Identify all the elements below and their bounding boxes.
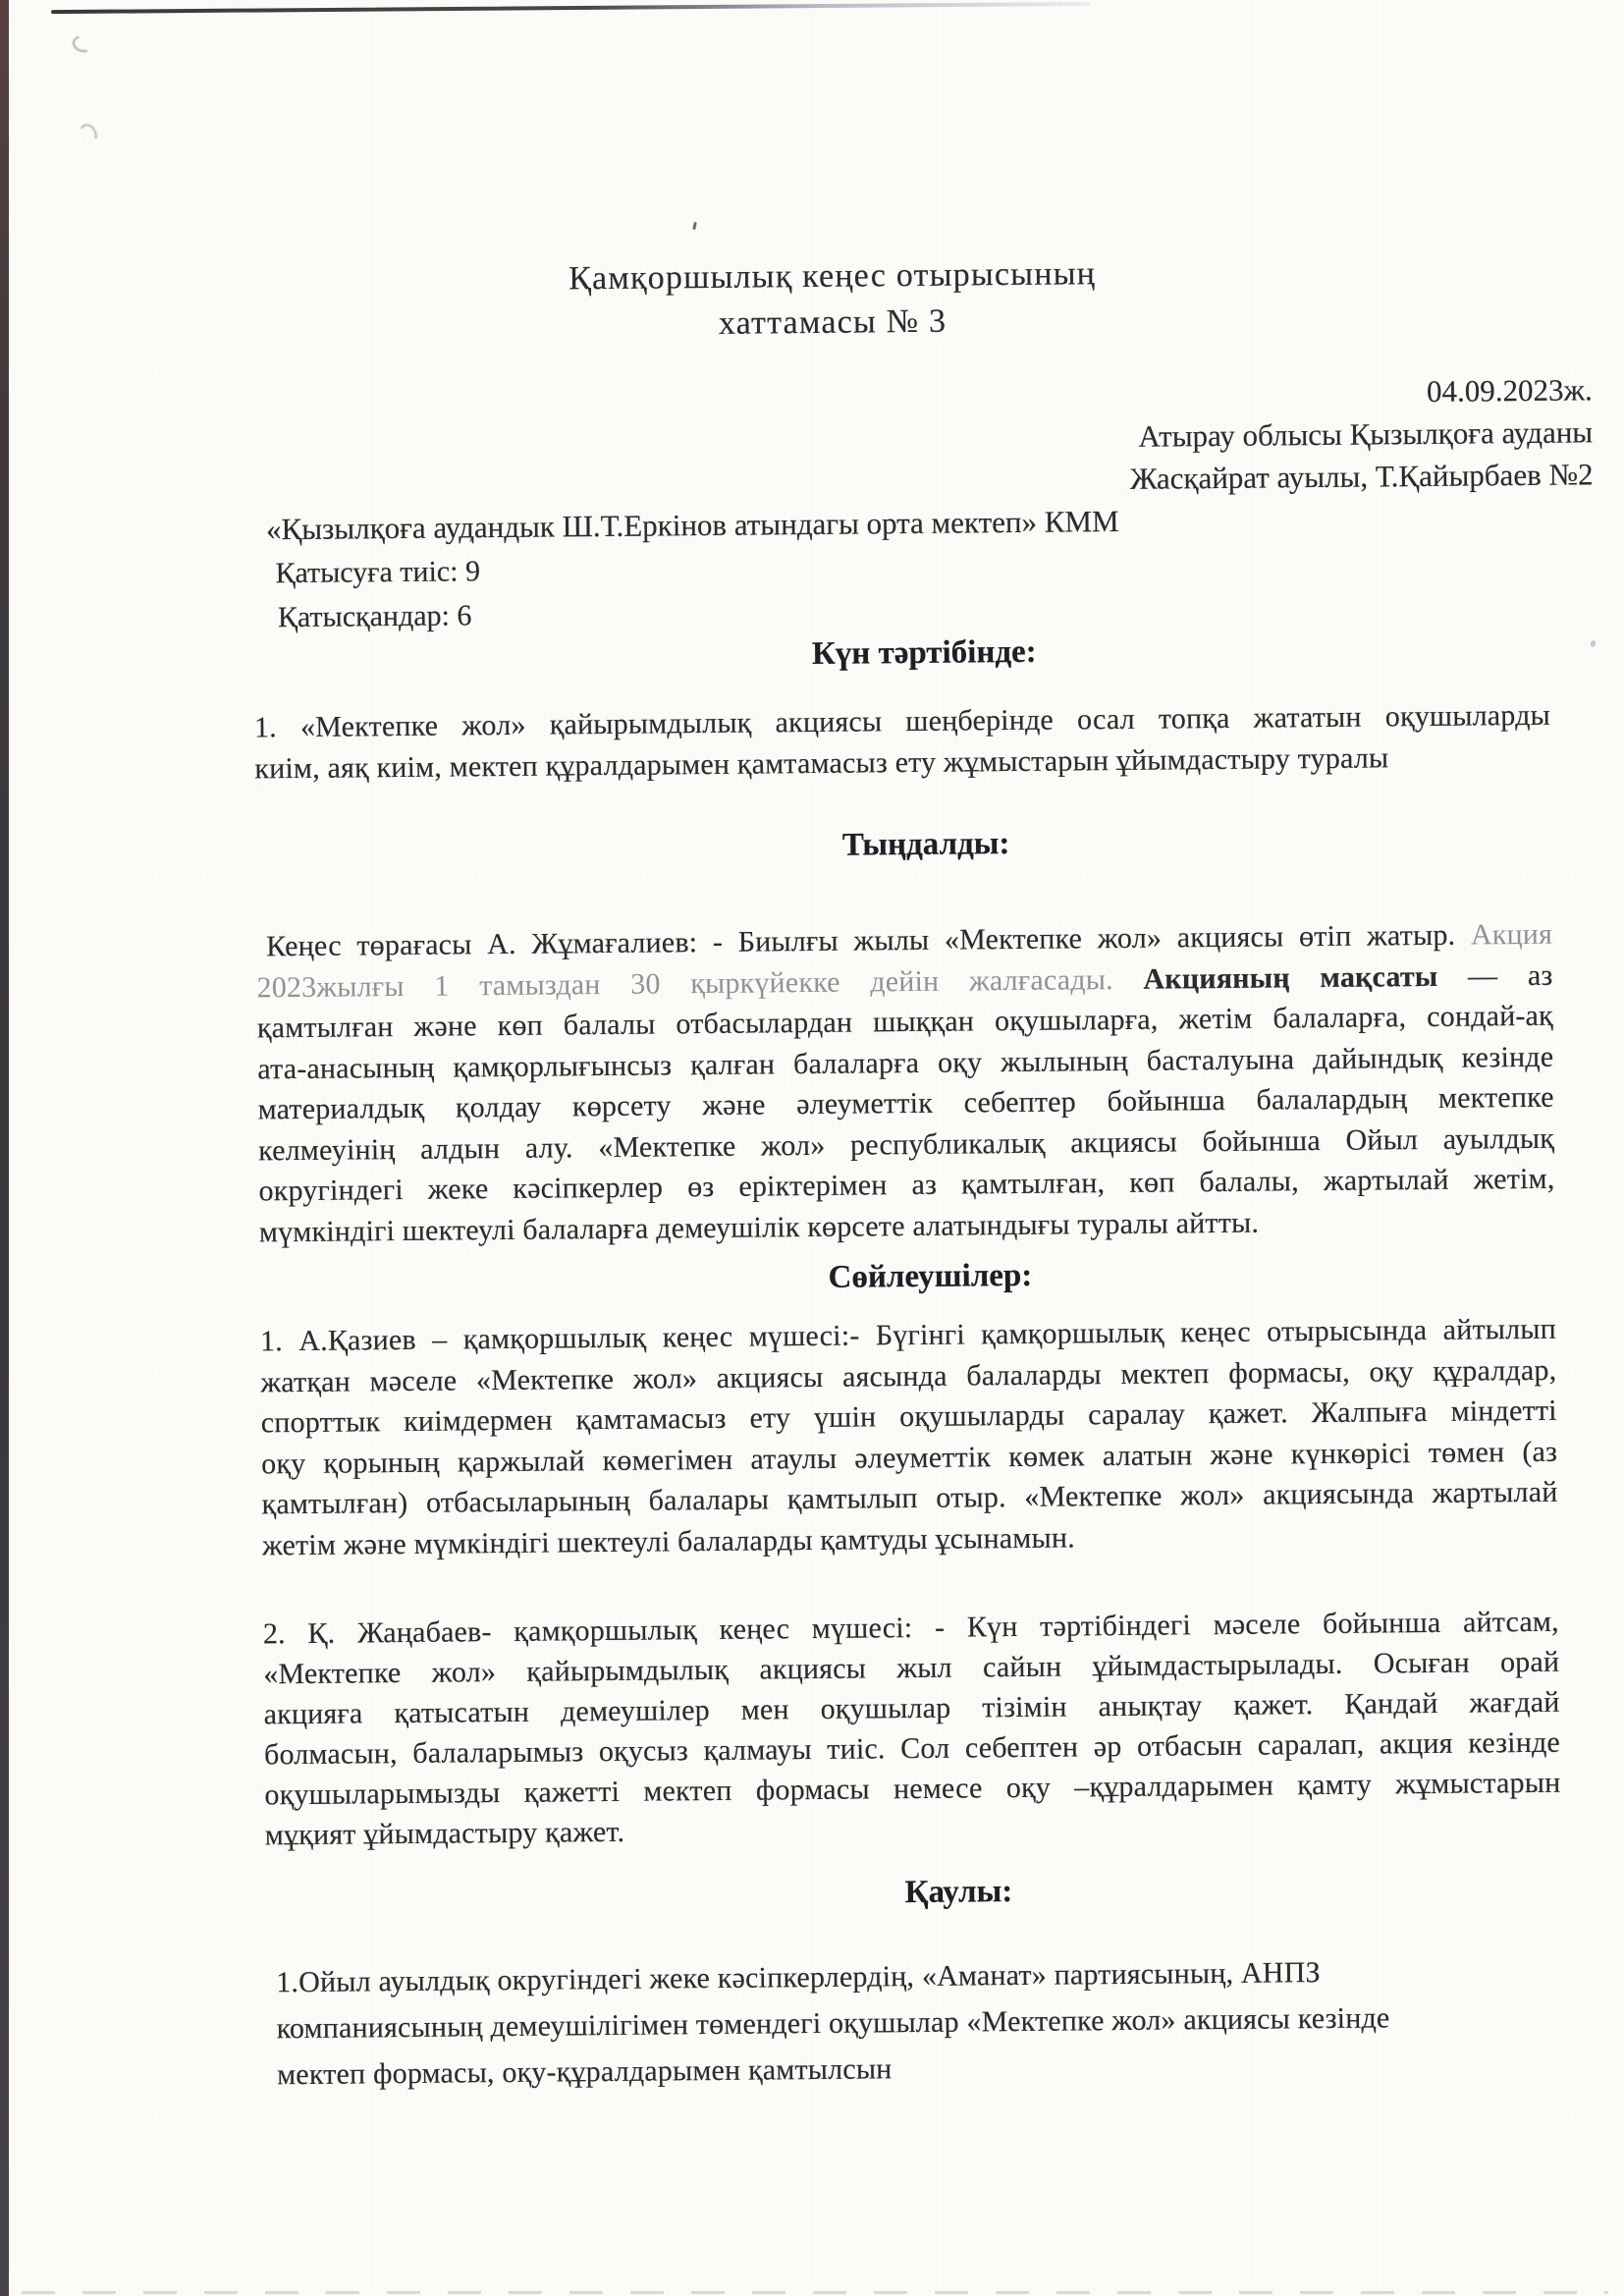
edited-gray-text: 2023жылғы 1 тамыздан 30 қыркүйекке дейін… [256,963,1113,1004]
listened-paragraph: Кеңес төрағасы А. Жұмағалиев: - Биылғы ж… [256,914,1555,1253]
listened-heading: Тыңдалды: [263,820,1589,869]
document-title: Қамқоршылық кеңес отырысының хаттамасы №… [257,247,1407,351]
speaker2-paragraph: 2. Қ. Жаңабаев- қамқоршылық кеңес мүшесі… [263,1602,1561,1856]
speaker1-paragraph: 1. А.Қазиев – қамқоршылық кеңес мүшесі:-… [260,1309,1558,1566]
chairman-speech-text: Кеңес төрағасы А. Жұмағалиев: - Биылғы ж… [266,919,1455,963]
attended-line: Қатысқандар: 6 [278,599,472,634]
speech-text: — аз [1468,958,1553,992]
document-text-layer: Қамқоршылық кеңес отырысының хаттамасы №… [0,0,1624,2296]
must-attend-line: Қатысуға тиіс: 9 [275,555,480,590]
village-line: Жасқайрат ауылы, Т.Қайырбаев №2 [681,453,1593,504]
decision-heading: Қаулы: [293,1868,1624,1917]
edited-gray-text: Акция [1471,918,1552,952]
school-name-line: «Қызылқоға аудандык Ш.Т.Еркінов атындагы… [266,504,1119,547]
agenda-item-paragraph: 1. «Мектепке жол» қайырымдылық акциясы ш… [254,695,1551,790]
decision-paragraph: 1.Ойыл ауылдық округіндегі жеке кәсіпкер… [276,1947,1573,2099]
speakers-heading: Сөйлеушілер: [267,1252,1593,1301]
title-line-2: хаттамасы № 3 [258,294,1407,351]
scanned-document-page: Қамқоршылық кеңес отырысының хаттамасы №… [0,0,1624,2296]
action-goal-bold-text: Акцияның мақсаты [1143,959,1437,995]
document-header-block: 04.09.2023ж. Атырау облысы Қызылқоға ауд… [681,368,1594,504]
agenda-heading: Күн тәртібінде: [261,629,1587,678]
